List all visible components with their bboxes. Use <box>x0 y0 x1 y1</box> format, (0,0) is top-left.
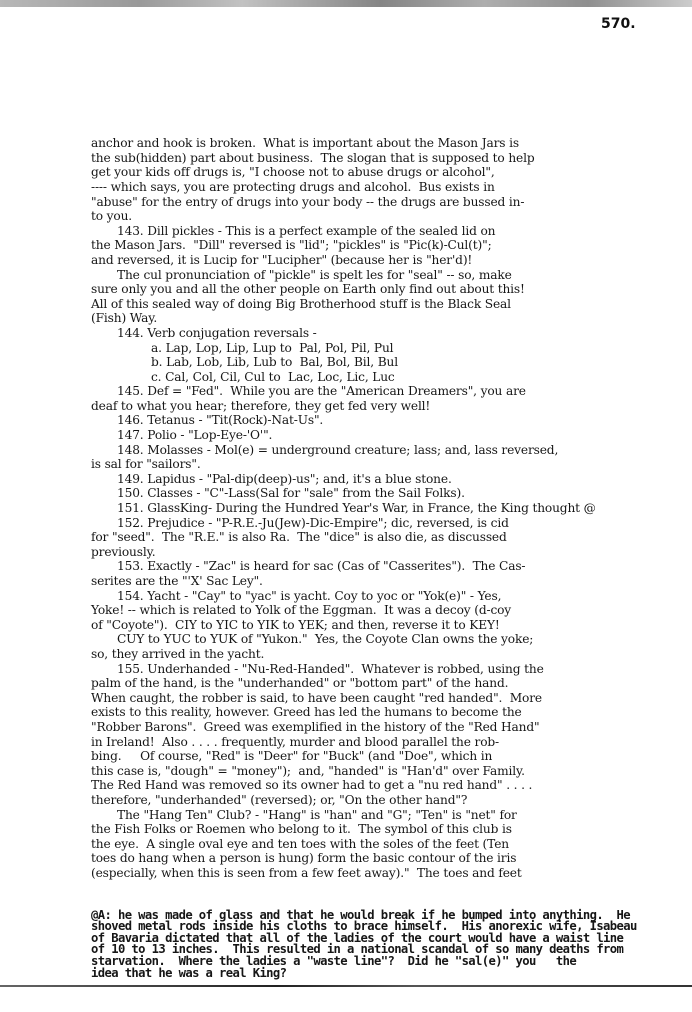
text-line: c. Cal, Col, Cil, Cul to Lac, Loc, Lic, … <box>91 370 691 385</box>
text-line: "Robber Barons". Greed was exemplified i… <box>91 720 691 735</box>
text-line: 153. Exactly - "Zac" is heard for sac (C… <box>91 559 691 574</box>
text-line: 143. Dill pickles - This is a perfect ex… <box>91 224 691 239</box>
text-line: toes do hang when a person is hung) form… <box>91 851 691 866</box>
text-line: 151. GlassKing- During the Hundred Year'… <box>91 501 691 516</box>
text-line: 148. Molasses - Mol(e) = underground cre… <box>91 443 691 458</box>
text-line: Yoke! -- which is related to Yolk of the… <box>91 603 691 618</box>
text-line: 145. Def = "Fed". While you are the "Ame… <box>91 384 691 399</box>
text-line: The "Hang Ten" Club? - "Hang" is "han" a… <box>91 808 691 823</box>
text-line: 152. Prejudice - "P-R.E.-Ju(Jew)-Dic-Emp… <box>91 516 691 531</box>
text-line: the sub(hidden) part about business. The… <box>91 151 691 166</box>
text-line: for "seed". The "R.E." is also Ra. The "… <box>91 530 691 545</box>
text-line: When caught, the robber is said, to have… <box>91 691 691 706</box>
text-line: deaf to what you hear; therefore, they g… <box>91 399 691 414</box>
text-line: 150. Classes - "C"-Lass(Sal for "sale" f… <box>91 486 691 501</box>
overlay-text-line: idea that he was a real King? <box>91 968 691 980</box>
text-line: ---- which says, you are protecting drug… <box>91 180 691 195</box>
text-line: therefore, "underhanded" (reversed); or,… <box>91 793 691 808</box>
text-line: a. Lap, Lop, Lip, Lup to Pal, Pol, Pil, … <box>91 341 691 356</box>
text-line: palm of the hand, is the "underhanded" o… <box>91 676 691 691</box>
text-line: anchor and hook is broken. What is impor… <box>91 136 691 151</box>
text-line: exists to this reality, however. Greed h… <box>91 705 691 720</box>
text-line: "abuse" for the entry of drugs into your… <box>91 195 691 210</box>
text-line: so, they arrived in the yacht. <box>91 647 691 662</box>
text-line: serites are the "'X' Sac Ley". <box>91 574 691 589</box>
document-body: anchor and hook is broken. What is impor… <box>91 107 691 994</box>
text-line: is sal for "sailors". <box>91 457 691 472</box>
text-line: sure only you and all the other people o… <box>91 282 691 297</box>
text-line: The Red Hand was removed so its owner ha… <box>91 778 691 793</box>
text-line: b. Lab, Lob, Lib, Lub to Bal, Bol, Bil, … <box>91 355 691 370</box>
text-line: All of this sealed way of doing Big Brot… <box>91 297 691 312</box>
page-number: 570. <box>601 16 636 32</box>
text-line: the eye. A single oval eye and ten toes … <box>91 837 691 852</box>
text-line: in Ireland! Also . . . . frequently, mur… <box>91 735 691 750</box>
text-line: 144. Verb conjugation reversals - <box>91 326 691 341</box>
text-line: this case is, "dough" = "money"); and, "… <box>91 764 691 779</box>
main-text: anchor and hook is broken. What is impor… <box>91 136 691 880</box>
text-line: 146. Tetanus - "Tit(Rock)-Nat-Us". <box>91 413 691 428</box>
text-line: (Fish) Way. <box>91 311 691 326</box>
footnote-overlay-text: @A: he was made of glass and that he wou… <box>91 910 691 980</box>
text-line: and reversed, it is Lucip for "Lucipher"… <box>91 253 691 268</box>
text-line: the Fish Folks or Roemen who belong to i… <box>91 822 691 837</box>
text-line: 155. Underhanded - "Nu-Red-Handed". What… <box>91 662 691 677</box>
bottom-rule <box>0 985 692 987</box>
text-line: to you. <box>91 209 691 224</box>
text-line: CUY to YUC to YUK of "Yukon." Yes, the C… <box>91 632 691 647</box>
text-line: 147. Polio - "Lop-Eye-'O'". <box>91 428 691 443</box>
text-line: the Mason Jars. "Dill" reversed is "lid"… <box>91 238 691 253</box>
text-line: get your kids off drugs is, "I choose no… <box>91 165 691 180</box>
text-line: The cul pronunciation of "pickle" is spe… <box>91 268 691 283</box>
text-line: 154. Yacht - "Cay" to "yac" is yacht. Co… <box>91 589 691 604</box>
text-line: bing. Of course, "Red" is "Deer" for "Bu… <box>91 749 691 764</box>
text-line: of "Coyote"). CIY to YIC to YIK to YEK; … <box>91 618 691 633</box>
text-line: (especially, when this is seen from a fe… <box>91 866 691 881</box>
scan-edge-noise <box>0 0 692 7</box>
text-line: previously. <box>91 545 691 560</box>
text-line: 149. Lapidus - "Pal-dip(deep)-us"; and, … <box>91 472 691 487</box>
